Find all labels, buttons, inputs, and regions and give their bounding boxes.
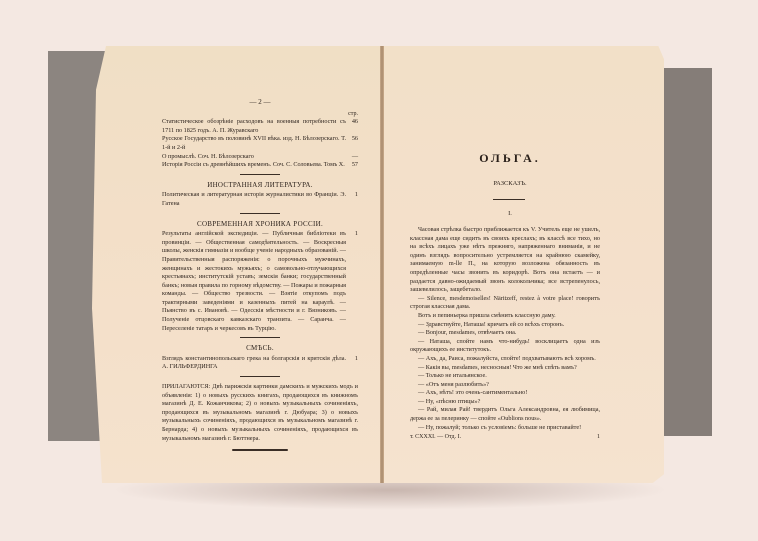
paragraph: — Только не итальянское. [410,372,600,381]
paragraph: Часовая стрѣлка быстро приближается къ V… [410,226,600,295]
story-title: ОЛЬГА. [470,151,550,166]
toc-entry: Результаты англійской экспедиціи. — Публ… [162,230,358,333]
page-signature: т. CXXXI. — Отд. I. 1 [410,433,600,442]
paragraph: — Ахъ, да, Раиса, пожалуйста, спойте! по… [410,355,600,364]
appendix-note: ПРИЛАГАЮТСЯ: Двѣ парижскія картинки дамс… [162,383,358,443]
toc-entry: О промыслѣ. Соч. Н. Бѣлозерскаго — [162,153,358,162]
paragraph: — Ну, пожалуй; только съ условіемъ: боль… [410,424,600,433]
toc-entry: Русское Государство въ половинѣ XVII вѣк… [162,135,358,152]
ornament-divider [232,449,288,451]
toc-entry: Политическая и литературная исторія журн… [162,191,358,208]
paragraph: — Здравствуйте, Наташа! кричатъ ей со вс… [410,321,600,330]
section-heading-misc: СМѢСЬ. [162,344,358,353]
chapter-number: I. [470,210,550,217]
story-subtitle: РАЗСКАЗЪ. [470,180,550,187]
paragraph: — Bonjour, mesdames, отвѣчаетъ она. [410,329,600,338]
paragraph: — «Отъ меня разлюбить»? [410,381,600,390]
section-heading-chronicle: СОВРЕМЕННАЯ ХРОНИКА РОССІИ. [162,220,358,229]
paragraph: — Какія вы, mesdames, несносныя! Что же … [410,364,600,373]
paragraph: — Ахъ, нѣтъ! это очень-сантиментально! [410,389,600,398]
toc-entry: Взглядъ константинопольскаго грека на бо… [162,355,358,372]
paragraph: — Рай, милая Рай! твердитъ Ольга Алексан… [410,406,600,423]
book-gutter [380,46,384,483]
toc-entry: Исторія Россіи съ древнѣйшихъ временъ. С… [162,161,358,170]
divider [240,337,280,338]
title-divider [493,199,525,200]
divider [240,213,280,214]
story-body: Часовая стрѣлка быстро приближается къ V… [410,226,600,442]
paragraph: — Silence, mesdemoiselles! Näritzeff, re… [410,295,600,312]
toc-entry: Статистическое обозрѣніе расходовъ на во… [162,118,358,135]
divider [240,376,280,377]
page-number: — 2 — [162,98,358,107]
table-of-contents: — 2 — стр. Статистическое обозрѣніе расх… [162,98,358,457]
divider [240,174,280,175]
page-column-header: стр. [162,110,358,119]
paragraph: — Наташа, спойте намъ что-нибудь! воскли… [410,338,600,355]
book-cover-right [660,68,712,436]
paragraph: Вотъ и пепиньерка пришла смѣнить классну… [410,312,600,321]
section-heading-foreign: ИНОСТРАННАЯ ЛИТЕРАТУРА. [162,181,358,190]
paragraph: — Ну, «пѣсню птицы»? [410,398,600,407]
